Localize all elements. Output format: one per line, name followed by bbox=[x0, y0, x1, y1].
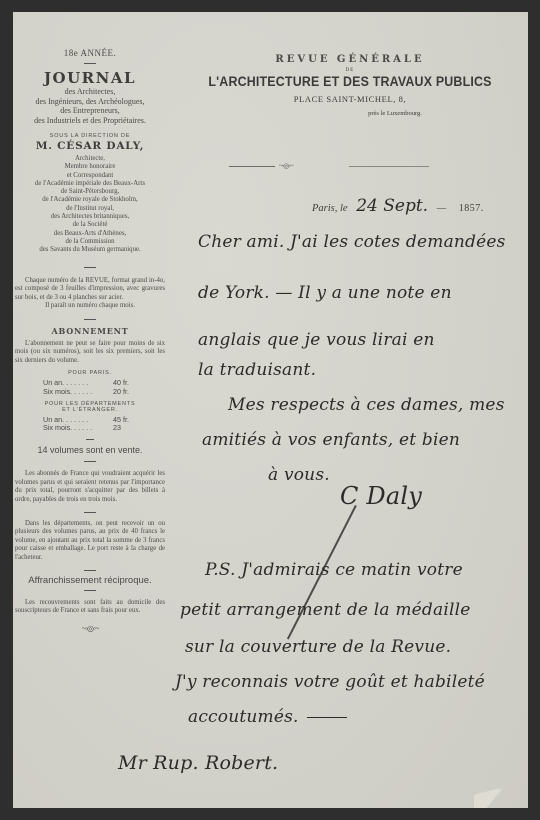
letter-line: Mes respects à ces dames, mes bbox=[228, 395, 505, 415]
ornament-icon: ~◦◎◦~ bbox=[279, 162, 293, 170]
etranger-label: ET L'ÉTRANGER. bbox=[15, 407, 165, 413]
date-year: 1857. bbox=[459, 203, 484, 214]
recouvrements-paragraph: Les recouvrements sont faits au domicile… bbox=[15, 599, 165, 616]
postscript-line: sur la couverture de la Revue. bbox=[185, 637, 451, 657]
postscript-line: accoutumés. bbox=[188, 707, 347, 727]
divider bbox=[84, 590, 96, 591]
volumes-note: 14 volumes sont en vente. bbox=[15, 445, 165, 455]
divider bbox=[84, 267, 96, 268]
departements-paragraph: Dans les départements, on peut recevoir … bbox=[15, 520, 165, 563]
letter-line: à vous. bbox=[268, 465, 330, 485]
format-paragraph: Chaque numéro de la REVUE, format grand … bbox=[15, 277, 165, 303]
divider bbox=[84, 63, 96, 64]
postscript-line: J'y reconnais votre goût et habileté bbox=[175, 672, 485, 692]
divider bbox=[86, 439, 94, 440]
address-note: près le Luxembourg. bbox=[190, 110, 510, 117]
abonnes-paragraph: Les abonnés de France qui voudraient acq… bbox=[15, 470, 165, 504]
monthly-note: Il paraît un numéro chaque mois. bbox=[15, 302, 165, 311]
divider bbox=[84, 461, 96, 462]
letterhead-sidebar: 18e ANNÉE. JOURNAL des Architectes, des … bbox=[15, 48, 165, 633]
abonnement-paragraph: L'abonnement ne peut se faire pour moins… bbox=[15, 340, 165, 366]
abonnement-title: ABONNEMENT bbox=[15, 326, 165, 336]
date-line: Paris, le 24 Sept. — 1857. bbox=[312, 196, 484, 216]
journal-subtitle: des Architectes, des Ingénieurs, des Arc… bbox=[15, 87, 165, 125]
date-dash: — bbox=[437, 203, 446, 214]
price-row: Six mois. . . . . .23 bbox=[15, 424, 165, 433]
publication-title: L'ARCHITECTURE ET DES TRAVAUX PUBLICS bbox=[203, 74, 497, 89]
letterhead-header: REVUE GÉNÉRALE DE L'ARCHITECTURE ET DES … bbox=[190, 54, 510, 117]
addressee: Mr Rup. Robert. bbox=[118, 752, 278, 774]
letter-line: la traduisant. bbox=[198, 360, 316, 380]
signature: C Daly bbox=[340, 482, 422, 510]
director-titles: Architecte, Membre honoraire et Correspo… bbox=[15, 155, 165, 255]
direction-label: SOUS LA DIRECTION DE bbox=[15, 133, 165, 139]
postscript-line: petit arrangement de la médaille bbox=[180, 600, 471, 620]
divider bbox=[84, 512, 96, 513]
divider bbox=[84, 319, 96, 320]
revue-title: REVUE GÉNÉRALE bbox=[190, 54, 510, 65]
affranchissement-note: Affranchissement réciproque. bbox=[15, 575, 165, 586]
ornament-icon: ~◦◎◦~ bbox=[15, 624, 165, 633]
letter-line: de York. — Il y a une note en bbox=[198, 283, 452, 303]
address: PLACE SAINT-MICHEL, 8, bbox=[190, 94, 510, 104]
header-rule: ~◦◎◦~ bbox=[229, 166, 529, 167]
de-label: DE bbox=[190, 68, 510, 73]
letter-line: amitiés à vos enfants, et bien bbox=[202, 430, 460, 450]
letter-line: Cher ami. J'ai les cotes demandées bbox=[198, 232, 506, 252]
divider bbox=[84, 570, 96, 571]
date-prefix: Paris, le bbox=[312, 203, 348, 214]
price-row: Six mois. . . . . .20 fr. bbox=[15, 388, 165, 397]
year-label: 18e ANNÉE. bbox=[15, 48, 165, 58]
paris-label: POUR PARIS. bbox=[15, 370, 165, 376]
handwritten-date: 24 Sept. bbox=[356, 196, 428, 216]
director-name: M. CÉSAR DALY, bbox=[15, 140, 165, 152]
letter-line: anglais que je vous lirai en bbox=[198, 330, 435, 350]
postscript-line: P.S. J'admirais ce matin votre bbox=[205, 560, 463, 580]
journal-title: JOURNAL bbox=[15, 69, 165, 87]
